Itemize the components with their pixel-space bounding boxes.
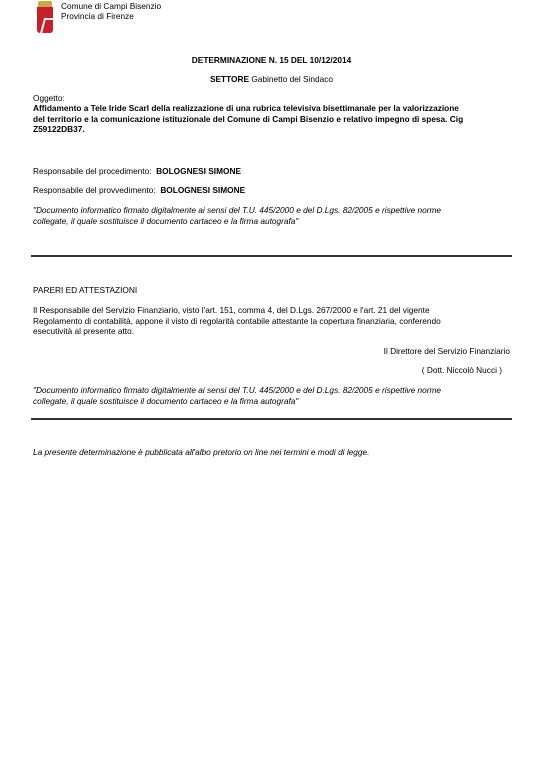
pubblicazione-note: La presente determinazione è pubblicata … (33, 447, 513, 458)
firma-line: "Documento informatico firmato digitalme… (33, 385, 513, 396)
comune-name: Comune di Campi Bisenzio (61, 1, 161, 11)
pareri-line: Il Responsabile del Servizio Finanziario… (33, 305, 513, 316)
settore-label: SETTORE (210, 74, 249, 84)
pareri-text: Il Responsabile del Servizio Finanziario… (33, 305, 513, 337)
firma-line: "Documento informatico firmato digitalme… (33, 205, 513, 216)
oggetto-text: Affidamento a Tele Iride Scarl della rea… (33, 103, 513, 135)
oggetto-label: Oggetto: (33, 93, 513, 104)
firma-digitale-note: "Documento informatico firmato digitalme… (33, 205, 513, 226)
oggetto-line: del territorio e la comunicazione istitu… (33, 114, 513, 125)
pareri-line: Regolamento di contabilità, appone il vi… (33, 316, 513, 327)
coat-of-arms-icon (36, 1, 54, 35)
shield-icon (37, 7, 53, 33)
firma-digitale-note-2: "Documento informatico firmato digitalme… (33, 385, 513, 406)
pareri-heading: PARERI ED ATTESTAZIONI (33, 285, 513, 296)
oggetto-line: Z59122DB37. (33, 124, 513, 135)
figure-icon (40, 18, 53, 34)
provincia-name: Provincia di Firenze (61, 11, 161, 21)
settore: SETTORE Gabinetto del Sindaco (0, 74, 543, 84)
issuer-header: Comune di Campi Bisenzio Provincia di Fi… (61, 1, 161, 21)
provvedimento-label: Responsabile del provvedimento: (33, 185, 156, 195)
responsabile-procedimento: Responsabile del procedimento: BOLOGNESI… (33, 166, 513, 177)
pareri-line: esecutività al presente atto. (33, 326, 513, 337)
procedimento-label: Responsabile del procedimento: (33, 166, 152, 176)
firma-line: collegate, il quale sostituisce il docum… (33, 396, 513, 407)
settore-value: Gabinetto del Sindaco (251, 74, 333, 84)
document-title: DETERMINAZIONE N. 15 DEL 10/12/2014 (0, 55, 543, 65)
firma-line: collegate, il quale sostituisce il docum… (33, 216, 513, 227)
oggetto-line: Affidamento a Tele Iride Scarl della rea… (33, 103, 513, 114)
procedimento-value: BOLOGNESI SIMONE (156, 166, 241, 176)
divider (31, 255, 512, 257)
divider (31, 418, 512, 420)
responsabile-provvedimento: Responsabile del provvedimento: BOLOGNES… (33, 185, 513, 196)
provvedimento-value: BOLOGNESI SIMONE (160, 185, 245, 195)
direttore-title: Il Direttore del Servizio Finanziario (300, 346, 510, 356)
direttore-name: ( Dott. Niccolò Nucci ) (300, 365, 502, 375)
